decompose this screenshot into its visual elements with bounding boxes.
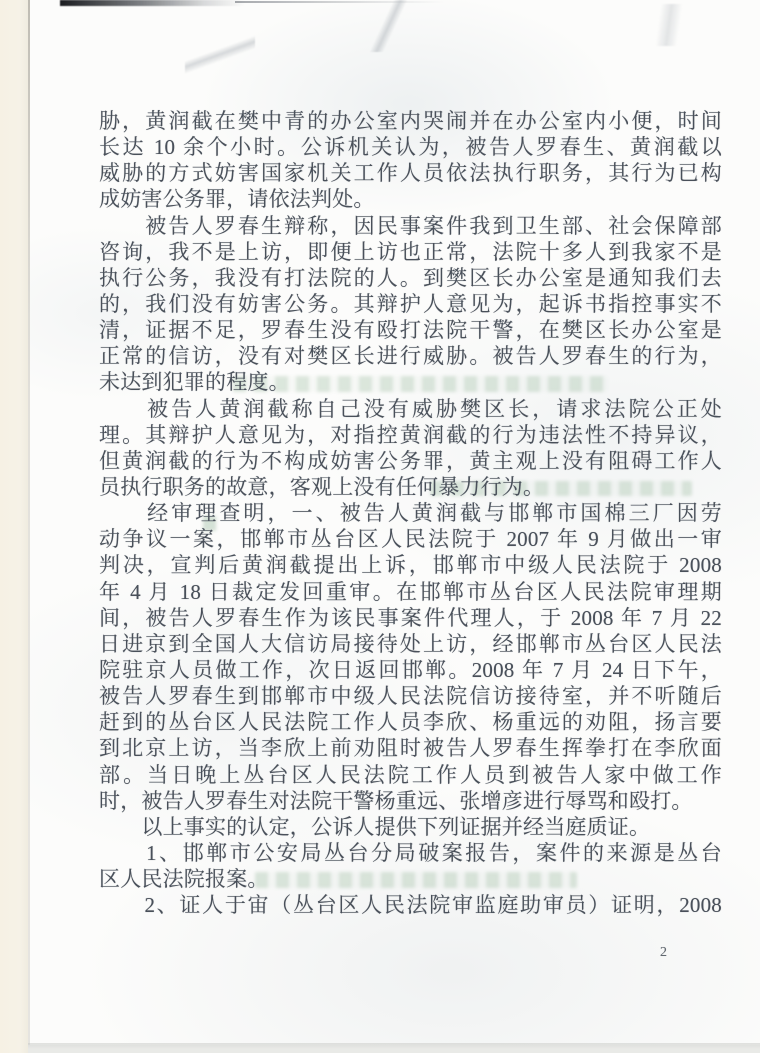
text-line: 间，被告人罗春生作为该民事案件代理人，于 2008 年 7 月 22 — [99, 605, 722, 631]
scan-edge-line — [235, 1, 445, 3]
text-line: 经审理查明，一、被告人黄润截与邯郸市国棉三厂因劳 — [99, 500, 722, 526]
text-line: 威胁的方式妨害国家机关工作人员依法执行职务，其行为已构 — [99, 160, 722, 186]
text-line: 1、邯郸市公安局丛台分局破案报告，案件的来源是丛台 — [99, 840, 722, 866]
scanner-margin-strip — [0, 0, 28, 1053]
text-line: 未达到犯罪的程度。 — [99, 369, 722, 395]
text-line: 区人民法院报案。 — [99, 866, 722, 892]
paper-left-edge — [28, 0, 30, 1045]
scan-edge-shadow — [60, 0, 245, 6]
text-line: 成妨害公务罪，请依法判处。 — [99, 186, 722, 212]
text-line: 判决，宣判后黄润截提出上诉，邯郸市中级人民法院于 2008 — [99, 552, 722, 578]
text-line: 被告人黄润截称自己没有威胁樊区长，请求法院公正处 — [99, 396, 722, 422]
text-line: 时，被告人罗春生对法院干警杨重远、张增彦进行辱骂和殴打。 — [99, 788, 722, 814]
text-line: 胁，黄润截在樊中青的办公室内哭闹并在办公室内小便，时间 — [99, 108, 722, 134]
text-line: 2、证人于宙（丛台区人民法院审监庭助审员）证明，2008 — [99, 892, 722, 918]
text-line: 正常的信访，没有对樊区长进行威胁。被告人罗春生的行为， — [99, 343, 722, 369]
text-line: 被告人罗春生到邯郸市中级人民法院信访接待室，并不听随后 — [99, 683, 722, 709]
page-number: 2 — [660, 945, 667, 961]
document-text: 胁，黄润截在樊中青的办公室内哭闹并在办公室内小便，时间长达 10 余个小时。公诉… — [99, 108, 722, 918]
text-line: 动争议一案，邯郸市丛台区人民法院于 2007 年 9 月做出一审 — [99, 526, 722, 552]
text-line: 到北京上访，当李欣上前劝阻时被告人罗春生挥拳打在李欣面 — [99, 735, 722, 761]
scanned-document-page: 胁，黄润截在樊中青的办公室内哭闹并在办公室内小便，时间长达 10 余个小时。公诉… — [0, 0, 760, 1053]
text-line: 清，证据不足，罗春生没有殴打法院干警，在樊区长办公室是 — [99, 317, 722, 343]
text-line: 部。当日晚上丛台区人民法院工作人员到被告人家中做工作 — [99, 762, 722, 788]
text-line: 日进京到全国人大信访局接待处上访，经邯郸市丛台区人民法 — [99, 631, 722, 657]
text-line: 赶到的丛台区人民法院工作人员李欣、杨重远的劝阻，扬言要 — [99, 709, 722, 735]
scan-bottom-edge — [28, 1043, 760, 1053]
text-line: 以上事实的认定，公诉人提供下列证据并经当庭质证。 — [99, 814, 722, 840]
text-line: 咨询，我不是上访，即便上访也正常，法院十多人到我家不是 — [99, 239, 722, 265]
text-line: 员执行职务的故意，客观上没有任何暴力行为。 — [99, 474, 722, 500]
text-line: 院驻京人员做工作，次日返回邯郸。2008 年 7 月 24 日下午， — [99, 657, 722, 683]
text-line: 年 4 月 18 日裁定发回重审。在邯郸市丛台区人民法院审理期 — [99, 579, 722, 605]
text-line: 长达 10 余个小时。公诉机关认为，被告人罗春生、黄润截以 — [99, 134, 722, 160]
text-line: 理。其辩护人意见为，对指控黄润截的行为违法性不持异议， — [99, 422, 722, 448]
text-line: 但黄润截的行为不构成妨害公务罪，黄主观上没有阻碍工作人 — [99, 448, 722, 474]
text-line: 的，我们没有妨害公务。其辩护人意见为，起诉书指控事实不 — [99, 291, 722, 317]
text-line: 执行公务，我没有打法院的人。到樊区长办公室是通知我们去 — [99, 265, 722, 291]
text-line: 被告人罗春生辩称，因民事案件我到卫生部、社会保障部 — [99, 213, 722, 239]
